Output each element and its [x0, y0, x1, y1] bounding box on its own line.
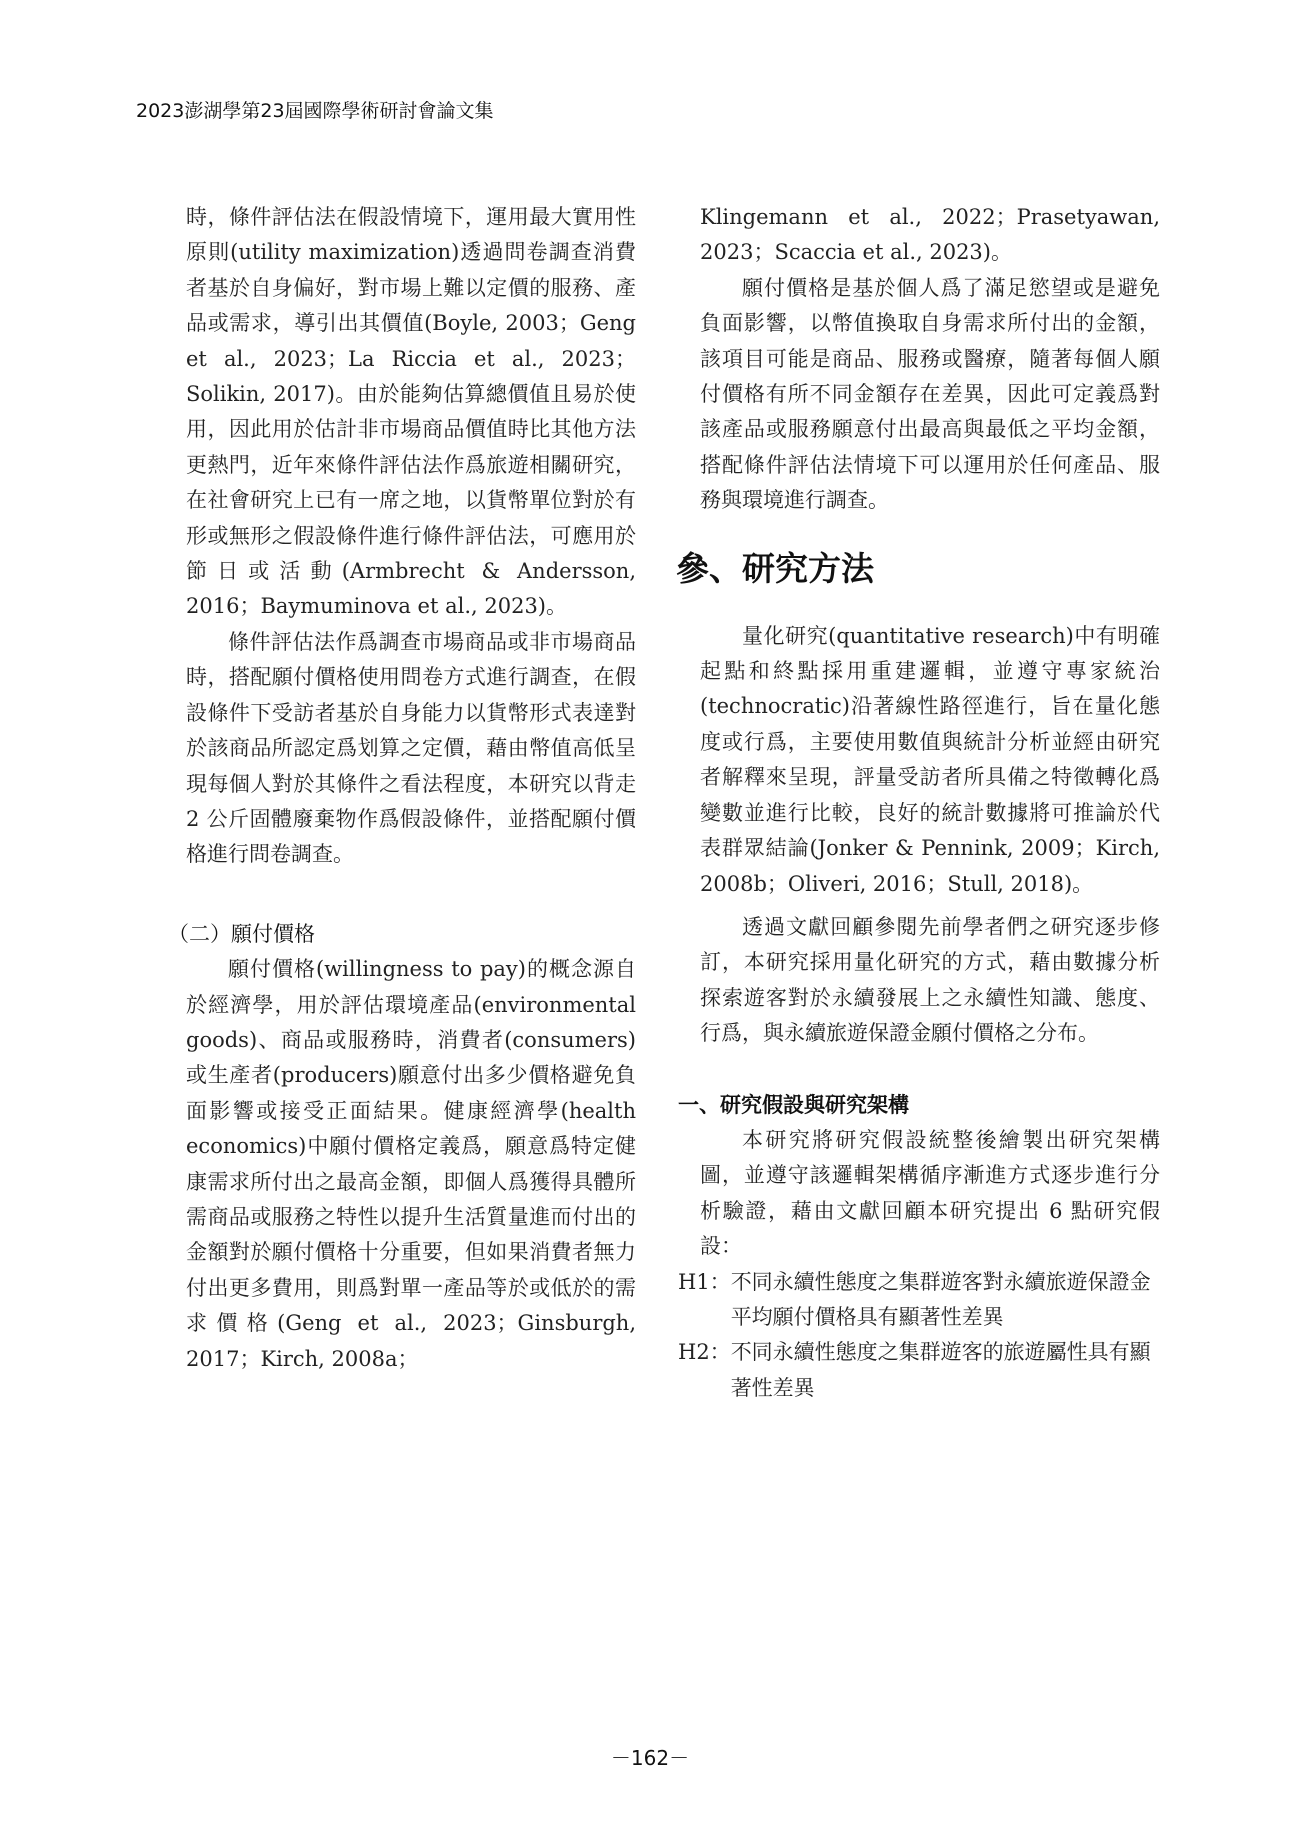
right-column: Klingemann et al., 2022；Prasetyawan, 202…: [700, 200, 1160, 1406]
paragraph: 條件評估法作爲調查市場商品或非市場商品時，搭配願付價格使用問卷方式進行調查，在假…: [186, 625, 636, 873]
hypothesis-label: H2：: [678, 1335, 731, 1406]
hypothesis-item: H1： 不同永續性態度之集群遊客對永續旅遊保證金平均願付價格具有顯著性差異: [678, 1265, 1160, 1336]
paragraph: Klingemann et al., 2022；Prasetyawan, 202…: [700, 200, 1160, 271]
hypothesis-label: H1：: [678, 1265, 731, 1336]
paragraph: 本研究將研究假設統整後繪製出研究架構圖，並遵守該邏輯架構循序漸進方式逐步進行分析…: [700, 1123, 1160, 1265]
left-column: 時，條件評估法在假設情境下，運用最大實用性原則(utility maximiza…: [186, 200, 636, 1377]
hypothesis-text: 不同永續性態度之集群遊客對永續旅遊保證金平均願付價格具有顯著性差異: [731, 1265, 1160, 1336]
paragraph: 願付價格是基於個人爲了滿足慾望或是避免負面影響，以幣值換取自身需求所付出的金額，…: [700, 271, 1160, 519]
section-title: 參、研究方法: [676, 547, 1160, 591]
paragraph: 量化研究(quantitative research)中有明確起點和終點採用重建…: [700, 619, 1160, 902]
paragraph: 願付價格(willingness to pay)的概念源自於經濟學，用於評估環境…: [186, 952, 636, 1377]
paragraph: 時，條件評估法在假設情境下，運用最大實用性原則(utility maximiza…: [186, 200, 636, 625]
subsection-heading: （二）願付價格: [168, 917, 636, 952]
hypothesis-item: H2： 不同永續性態度之集群遊客的旅遊屬性具有顯著性差異: [678, 1335, 1160, 1406]
subsection-heading: 一、研究假設與研究架構: [678, 1088, 1160, 1123]
paragraph: 透過文獻回顧參閱先前學者們之研究逐步修訂，本研究採用量化研究的方式，藉由數據分析…: [700, 910, 1160, 1052]
page-number: －162－: [0, 1742, 1300, 1771]
hypothesis-text: 不同永續性態度之集群遊客的旅遊屬性具有顯著性差異: [731, 1335, 1160, 1406]
running-header: 2023澎湖學第23屆國際學術研討會論文集: [136, 96, 494, 123]
